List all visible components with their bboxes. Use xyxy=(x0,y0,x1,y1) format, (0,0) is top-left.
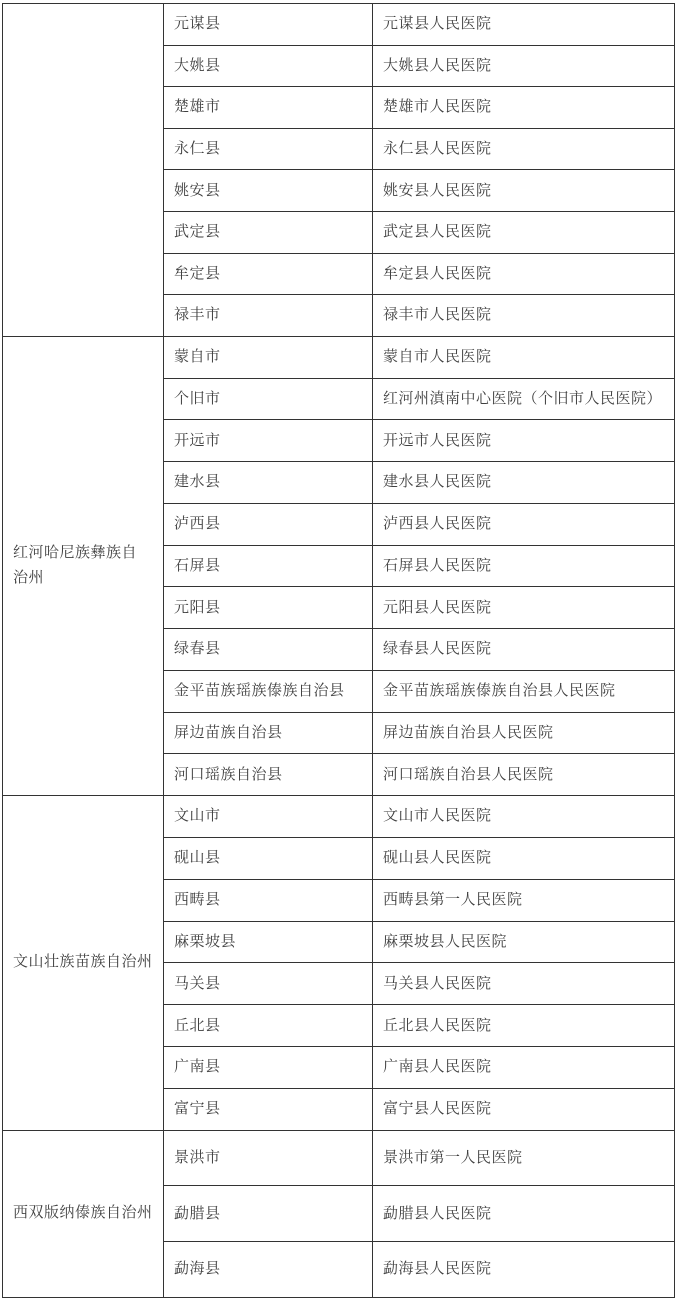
hospital-cell: 红河州滇南中心医院（个旧市人民医院） xyxy=(373,378,675,420)
county-cell: 蒙自市 xyxy=(164,336,373,378)
hospital-cell: 屏边苗族自治县人民医院 xyxy=(373,712,675,754)
prefecture-cell: 红河哈尼族彝族自 治州 xyxy=(3,336,164,795)
county-cell: 广南县 xyxy=(164,1047,373,1089)
prefecture-section: 红河哈尼族彝族自 治州蒙自市蒙自市人民医院个旧市红河州滇南中心医院（个旧市人民医… xyxy=(3,336,675,795)
county-cell: 建水县 xyxy=(164,462,373,504)
prefecture-section: 文山壮族苗族自治州文山市文山市人民医院砚山县砚山县人民医院西畴县西畴县第一人民医… xyxy=(3,796,675,1131)
table-row: 西双版纳傣族自治州景洪市景洪市第一人民医院 xyxy=(3,1130,675,1186)
county-cell: 勐海县 xyxy=(164,1241,373,1297)
hospital-cell: 元谋县人民医院 xyxy=(373,4,675,46)
county-cell: 泸西县 xyxy=(164,503,373,545)
county-cell: 开远市 xyxy=(164,420,373,462)
county-cell: 姚安县 xyxy=(164,170,373,212)
hospital-cell: 文山市人民医院 xyxy=(373,796,675,838)
county-cell: 元阳县 xyxy=(164,587,373,629)
hospital-cell: 砚山县人民医院 xyxy=(373,837,675,879)
hospital-cell: 牟定县人民医院 xyxy=(373,253,675,295)
hospital-cell: 西畴县第一人民医院 xyxy=(373,879,675,921)
county-cell: 元谋县 xyxy=(164,4,373,46)
county-cell: 西畴县 xyxy=(164,879,373,921)
county-cell: 牟定县 xyxy=(164,253,373,295)
prefecture-cell: 文山壮族苗族自治州 xyxy=(3,796,164,1131)
hospital-cell: 广南县人民医院 xyxy=(373,1047,675,1089)
hospital-cell: 武定县人民医院 xyxy=(373,211,675,253)
hospital-cell: 姚安县人民医院 xyxy=(373,170,675,212)
county-cell: 富宁县 xyxy=(164,1088,373,1130)
hospital-cell: 马关县人民医院 xyxy=(373,963,675,1005)
table-row: 文山壮族苗族自治州文山市文山市人民医院 xyxy=(3,796,675,838)
prefecture-cell xyxy=(3,4,164,337)
county-cell: 河口瑶族自治县 xyxy=(164,754,373,796)
county-cell: 砚山县 xyxy=(164,837,373,879)
county-cell: 马关县 xyxy=(164,963,373,1005)
hospital-table: 元谋县元谋县人民医院大姚县大姚县人民医院楚雄市楚雄市人民医院永仁县永仁县人民医院… xyxy=(2,3,675,1298)
hospital-cell: 大姚县人民医院 xyxy=(373,45,675,87)
hospital-cell: 河口瑶族自治县人民医院 xyxy=(373,754,675,796)
county-cell: 大姚县 xyxy=(164,45,373,87)
county-cell: 个旧市 xyxy=(164,378,373,420)
hospital-cell: 楚雄市人民医院 xyxy=(373,87,675,129)
hospital-cell: 绿春县人民医院 xyxy=(373,629,675,671)
county-cell: 勐腊县 xyxy=(164,1186,373,1242)
table-row: 元谋县元谋县人民医院 xyxy=(3,4,675,46)
hospital-cell: 永仁县人民医院 xyxy=(373,128,675,170)
county-cell: 石屏县 xyxy=(164,545,373,587)
county-cell: 楚雄市 xyxy=(164,87,373,129)
prefecture-section: 元谋县元谋县人民医院大姚县大姚县人民医院楚雄市楚雄市人民医院永仁县永仁县人民医院… xyxy=(3,4,675,337)
hospital-cell: 元阳县人民医院 xyxy=(373,587,675,629)
hospital-cell: 勐腊县人民医院 xyxy=(373,1186,675,1242)
hospital-cell: 勐海县人民医院 xyxy=(373,1241,675,1297)
county-cell: 丘北县 xyxy=(164,1005,373,1047)
hospital-cell: 金平苗族瑶族傣族自治县人民医院 xyxy=(373,670,675,712)
county-cell: 屏边苗族自治县 xyxy=(164,712,373,754)
hospital-cell: 石屏县人民医院 xyxy=(373,545,675,587)
hospital-cell: 泸西县人民医院 xyxy=(373,503,675,545)
county-cell: 绿春县 xyxy=(164,629,373,671)
hospital-cell: 开远市人民医院 xyxy=(373,420,675,462)
hospital-cell: 富宁县人民医院 xyxy=(373,1088,675,1130)
county-cell: 金平苗族瑶族傣族自治县 xyxy=(164,670,373,712)
hospital-cell: 丘北县人民医院 xyxy=(373,1005,675,1047)
hospital-cell: 禄丰市人民医院 xyxy=(373,295,675,337)
hospital-cell: 建水县人民医院 xyxy=(373,462,675,504)
county-cell: 麻栗坡县 xyxy=(164,921,373,963)
hospital-cell: 麻栗坡县人民医院 xyxy=(373,921,675,963)
county-cell: 文山市 xyxy=(164,796,373,838)
table-row: 红河哈尼族彝族自 治州蒙自市蒙自市人民医院 xyxy=(3,336,675,378)
prefecture-section: 西双版纳傣族自治州景洪市景洪市第一人民医院勐腊县勐腊县人民医院勐海县勐海县人民医… xyxy=(3,1130,675,1297)
hospital-cell: 景洪市第一人民医院 xyxy=(373,1130,675,1186)
county-cell: 武定县 xyxy=(164,211,373,253)
document-page: 元谋县元谋县人民医院大姚县大姚县人民医院楚雄市楚雄市人民医院永仁县永仁县人民医院… xyxy=(0,0,677,1300)
prefecture-cell: 西双版纳傣族自治州 xyxy=(3,1130,164,1297)
county-cell: 景洪市 xyxy=(164,1130,373,1186)
county-cell: 禄丰市 xyxy=(164,295,373,337)
county-cell: 永仁县 xyxy=(164,128,373,170)
hospital-cell: 蒙自市人民医院 xyxy=(373,336,675,378)
